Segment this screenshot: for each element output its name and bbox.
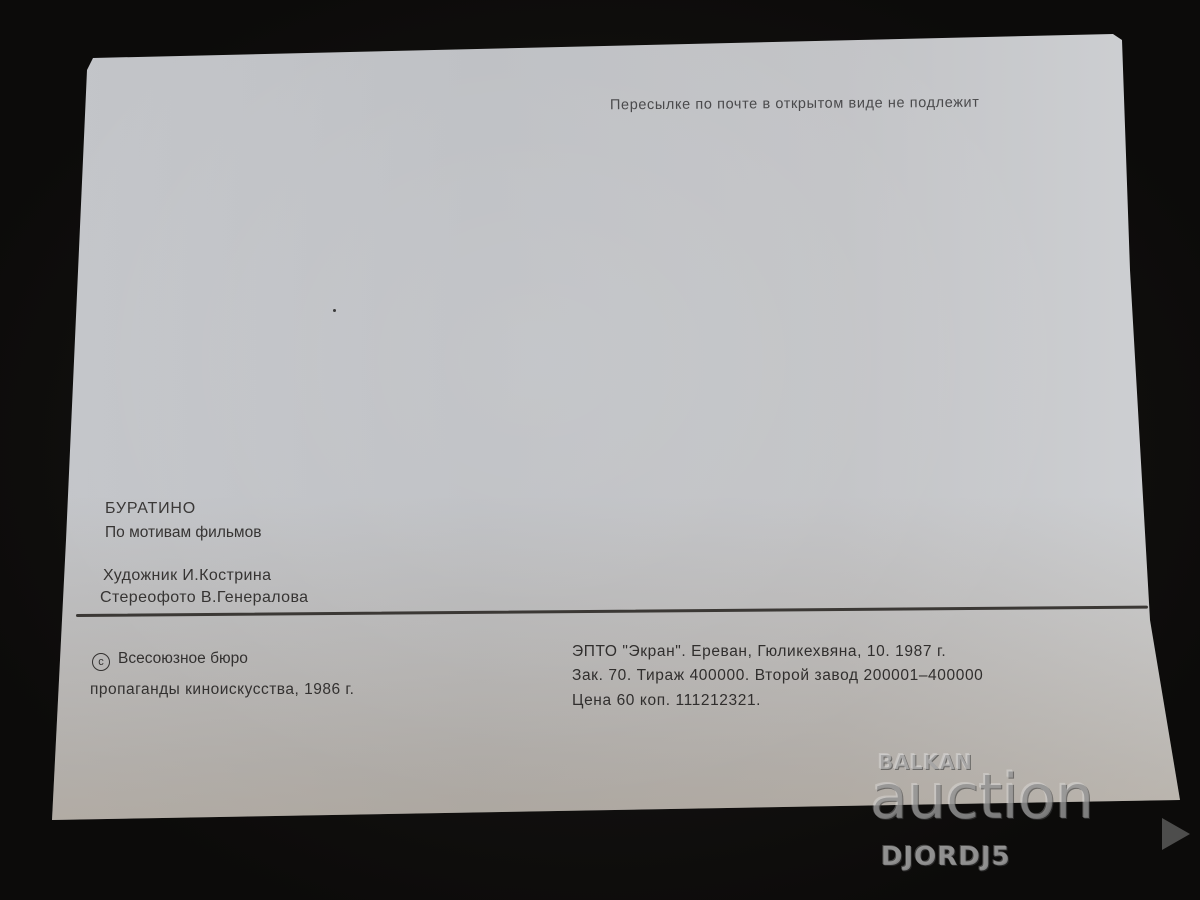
- copyright-line-1: cВсесоюзное бюро: [92, 651, 248, 671]
- postal-notice: Пересылке по почте в открытом виде не по…: [610, 96, 980, 113]
- watermark-brand-main: auction: [870, 766, 1093, 828]
- copyright-icon: c: [92, 653, 110, 671]
- postcard-subtitle: По мотивам фильмов: [105, 525, 261, 541]
- publisher-line-3: Цена 60 коп. 111212321.: [572, 693, 761, 709]
- artist-credit: Художник И.Кострина: [103, 568, 271, 584]
- publisher-line-1: ЭПТО "Экран". Ереван, Гюликехвяна, 10. 1…: [572, 644, 946, 660]
- play-arrow-icon: [1162, 818, 1190, 850]
- postcard-title: БУРАТИНО: [105, 501, 196, 517]
- photo-scene: Пересылке по почте в открытом виде не по…: [0, 0, 1200, 900]
- copyright-line-2: пропаганды киноискусства, 1986 г.: [90, 682, 354, 698]
- publisher-line-2: Зак. 70. Тираж 400000. Второй завод 2000…: [572, 668, 983, 684]
- stereophoto-credit: Стереофото В.Генералова: [100, 590, 308, 606]
- watermark-username: DJORDJ5: [881, 844, 1011, 870]
- paper-speck: [333, 309, 336, 312]
- copyright-text-1: Всесоюзное бюро: [118, 650, 248, 667]
